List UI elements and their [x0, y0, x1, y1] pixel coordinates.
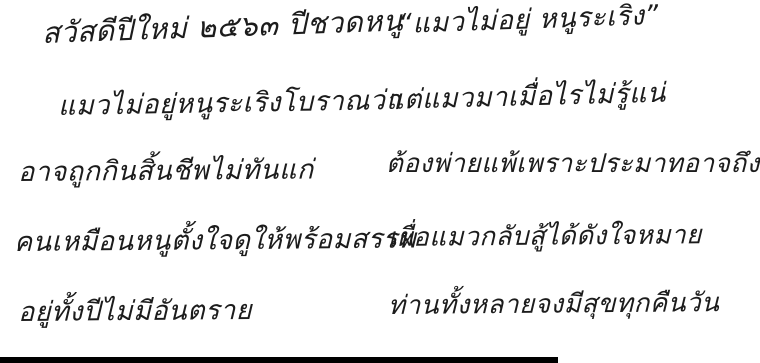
poem-line-2-left: อาจถูกกินสิ้นชีพไม่ทันแก่: [18, 155, 314, 187]
proverb-quote-text: “แมวไม่อยู่ หนูระเริง”: [397, 1, 659, 40]
new-year-greeting-text: สวัสดีปีใหม่ ๒๕๖๓ ปีชวดหนู: [41, 5, 403, 49]
scan-edge-artifact: [0, 357, 558, 363]
poem-line-3-left: คนเหมือนหนูตั้งใจดูให้พร้อมสรรพ: [14, 224, 416, 257]
poem-line-4-right: ท่านทั้งหลายจงมีสุขทุกคืนวัน: [388, 289, 720, 320]
poem-line-4-left: อยู่ทั้งปีไม่มีอันตราย: [18, 296, 252, 328]
poem-line-2-right: ต้องพ่ายแพ้เพราะประมาทอาจถึงตาย: [386, 150, 760, 179]
poem-line-1-left: แมวไม่อยู่หนูระเริงโบราณว่า: [58, 86, 402, 122]
poem-line-3-right: เผื่อแมวกลับสู้ได้ดังใจหมาย: [388, 221, 702, 252]
poem-line-1-right: แต่แมวมาเมื่อไรไม่รู้แน่: [386, 79, 667, 116]
handwritten-note-page: สวัสดีปีใหม่ ๒๕๖๓ ปีชวดหนู “แมวไม่อยู่ ห…: [0, 0, 760, 363]
